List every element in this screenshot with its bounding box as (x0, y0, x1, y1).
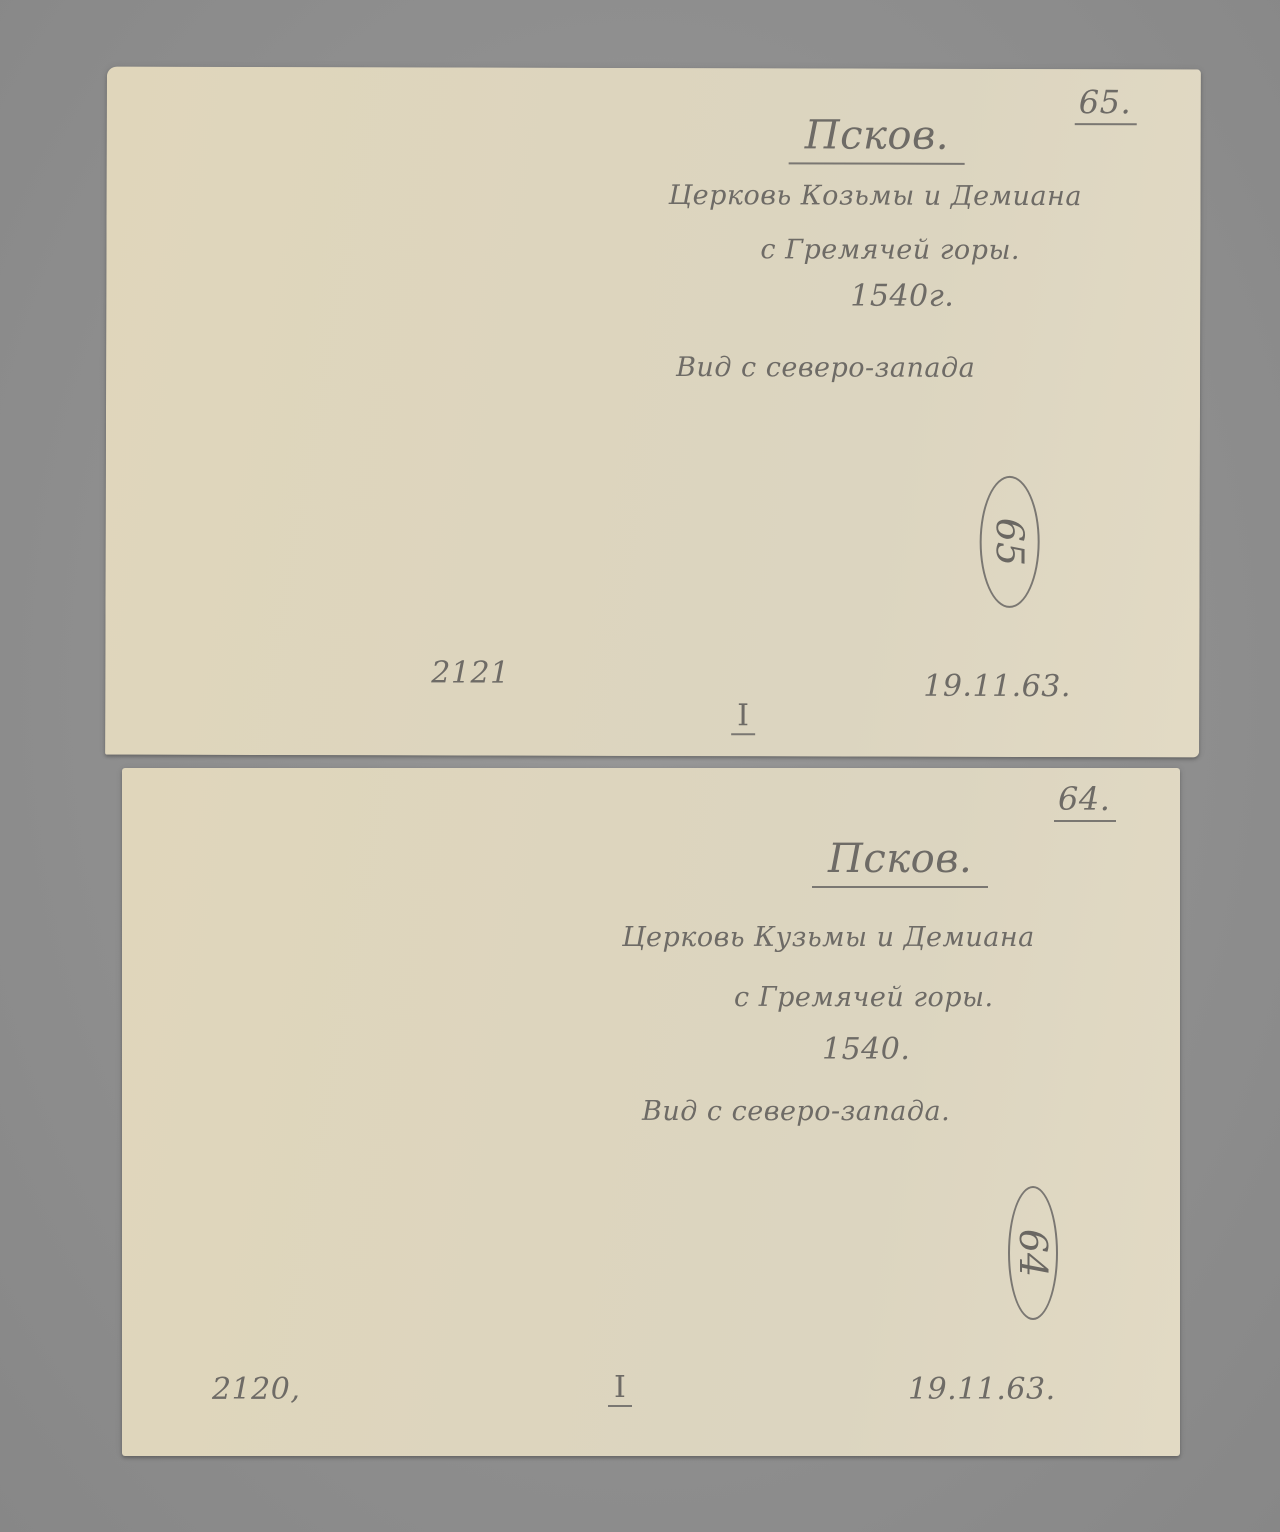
photo-card-back-bottom: 64. Псков. Церковь Кузьмы и Демиана с Гр… (122, 768, 1180, 1456)
card-description-line1: Церковь Кузьмы и Демиана (622, 922, 1035, 953)
card-date: 19.11.63. (923, 669, 1071, 704)
card-view-direction: Вид с северо-запада. (642, 1096, 950, 1127)
card-sequence-number: 64. (1054, 780, 1116, 822)
card-city-title: Псков. (789, 112, 965, 164)
card-city-title: Псков. (812, 836, 988, 888)
card-year: 1540. (822, 1032, 910, 1067)
card-view-direction: Вид с северо-запада (676, 352, 975, 384)
card-description-line1: Церковь Козьмы и Демиана (669, 180, 1082, 212)
card-roman-numeral: I (608, 1370, 632, 1407)
card-inventory-number: 2121 (431, 655, 509, 690)
circled-number: 65 (988, 518, 1032, 566)
card-date: 19.11.63. (908, 1372, 1056, 1407)
circled-number-oval: 65 (979, 476, 1039, 608)
card-year: 1540г. (850, 279, 954, 314)
card-inventory-number: 2120, (212, 1372, 300, 1407)
card-roman-numeral: I (731, 698, 755, 735)
photo-card-back-top: 65. Псков. Церковь Козьмы и Демиана с Гр… (105, 67, 1201, 758)
card-sequence-number: 65. (1075, 83, 1138, 125)
card-description-line2: с Гремячей горы. (734, 982, 994, 1013)
card-description-line2: с Гремячей горы. (760, 234, 1020, 266)
circled-number: 64 (1011, 1229, 1055, 1277)
circled-number-oval: 64 (1008, 1186, 1058, 1320)
